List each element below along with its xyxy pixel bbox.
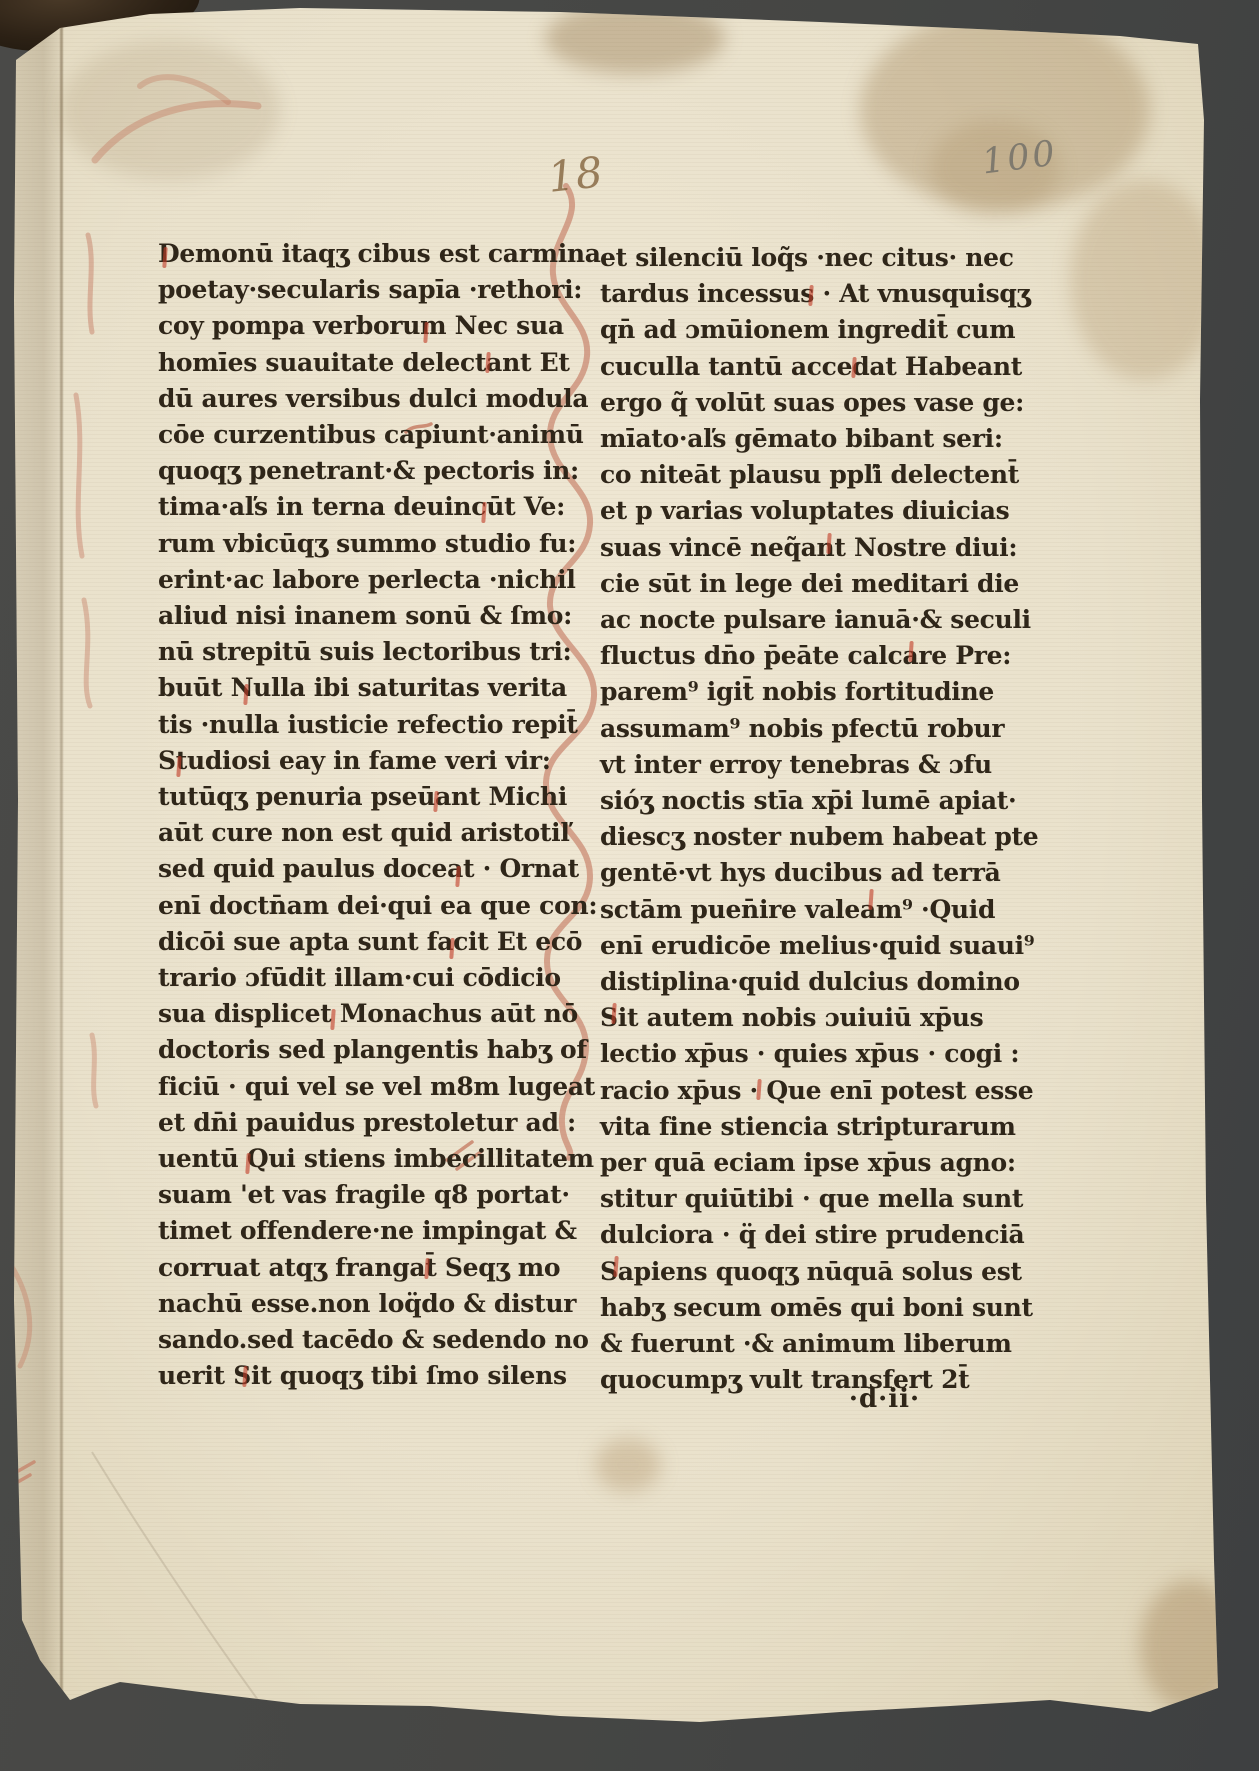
text-line: assumam⁹ nobis pfectū robur xyxy=(600,711,960,747)
text-line: mīato·aľs gēmato bibant seri: xyxy=(600,421,960,457)
facing-page-text-fragment xyxy=(0,628,8,690)
text-line: sua displicet Monachus aūt nō xyxy=(158,996,518,1032)
text-line: coy pompa verborum Nec sua xyxy=(158,308,518,344)
text-line: dicōi sue apta sunt facit Et ecō xyxy=(158,924,518,960)
text-line: per quā eciam ipse xp̄us agno: xyxy=(600,1145,960,1181)
chalk-swoosh xyxy=(140,77,228,102)
text-line: racio xp̄us · Que enī potest esse xyxy=(600,1073,960,1109)
text-line: cie sūt in lege dei meditari die xyxy=(600,566,960,602)
text-line: et dn̄i pauidus prestoletur ad : xyxy=(158,1105,518,1141)
text-line: sed quid paulus doceat · Ornat xyxy=(158,851,518,887)
text-line: uerit Sit quoqʒ tibi ſmo silens xyxy=(158,1358,518,1394)
text-line: tardus incessus · At vnusquisqʒ xyxy=(600,276,960,312)
text-line: suam 'et vas fragile q8 portat· xyxy=(158,1177,518,1213)
text-line: nachū esse.non loq̈do & distur xyxy=(158,1286,518,1322)
text-line: ac nocte pulsare ianuā·& seculi xyxy=(600,602,960,638)
text-line: sióʒ noctis stīa xp̄i lumē apiat· xyxy=(600,783,960,819)
text-line: lectio xp̄us · quies xp̄us · cogi : xyxy=(600,1036,960,1072)
text-line: dulciora · q̈ dei stire prudenciā xyxy=(600,1217,960,1253)
text-line: nū strepitū suis lectoribus tri: xyxy=(158,634,518,670)
text-line: tima·aľs in terna deuincūt Ve: xyxy=(158,489,518,525)
text-line: Sapiens quoqʒ nūquā solus est xyxy=(600,1254,960,1290)
text-line: enī erudicōe melius·quid suaui⁹ xyxy=(600,928,960,964)
text-line: ergo q̃ volūt suas opes vase ge: xyxy=(600,385,960,421)
text-line: distiplina·quid dulcius domino xyxy=(600,964,960,1000)
text-line: erint·ac labore perlecta ·nichil xyxy=(158,562,518,598)
text-line: suas vincē neq̃ant Nostre diui: xyxy=(600,530,960,566)
text-line: vita fine stiencia stripturarum xyxy=(600,1109,960,1145)
text-line: cōe curzentibus capiunt·animū xyxy=(158,417,518,453)
margin-chalk-stroke xyxy=(76,395,82,556)
text-line: tutūqʒ penuria pseūant Michi xyxy=(158,779,518,815)
text-line: et p varias voluptates diuicias xyxy=(600,493,960,529)
text-line: Studiosi eay in fame veri vir: xyxy=(158,743,518,779)
text-line: aūt cure non est quid aristotiľ xyxy=(158,815,518,851)
text-column-left: Demonū itaqʒ cibus est carmina poetay·se… xyxy=(158,236,518,1395)
text-line: co niteāt plausu ppľi delectent̄ xyxy=(600,457,960,493)
paper-crease xyxy=(92,1452,258,1700)
margin-chalk-stroke xyxy=(84,600,90,706)
text-line: homīes suauitate delectant Et xyxy=(158,345,518,381)
folio-number-ink: 18 xyxy=(546,147,606,202)
text-line: timet offendere·ne impingat & xyxy=(158,1213,518,1249)
text-line: buūt Nulla ibi saturitas verita xyxy=(158,670,518,706)
text-line: cuculla tantū accedat Habeant xyxy=(600,349,960,385)
text-line: ficiū · qui vel se vel m8m lugeat xyxy=(158,1069,518,1105)
text-line: uentū Qui stiens imbecillitatem xyxy=(158,1141,518,1177)
text-line: poetay·secularis sapīa ·rethori: xyxy=(158,272,518,308)
quire-signature: ·d·ii· xyxy=(770,1384,920,1414)
text-line: sando.sed tacēdo & sedendo no xyxy=(158,1322,518,1358)
ink-blot xyxy=(98,1698,124,1716)
text-line: enī doctn̄am dei·qui ea que con: xyxy=(158,888,518,924)
text-line: tis ·nulla iusticie refectio repit̄ xyxy=(158,707,518,743)
margin-chalk-arc xyxy=(4,1255,30,1366)
text-line: dū aures versibus dulci modula xyxy=(158,381,518,417)
text-line: trario ɔfūdit illam·cui cōdicio xyxy=(158,960,518,996)
text-line: gentē·vt hys ducibus ad terrā xyxy=(600,855,960,891)
text-line: fluctus dn̄o p̄eāte calcare Pre: xyxy=(600,638,960,674)
scan-background: 18 100 Demonū itaqʒ cibus est carmina po… xyxy=(0,0,1259,1771)
text-line: et silenciū loq̃s ·nec citus· nec xyxy=(600,240,960,276)
facing-page-text-fragment xyxy=(0,742,7,792)
text-column-right: et silenciū loq̃s ·nec citus· nec tardus… xyxy=(600,240,960,1399)
text-line: sctām puen̄ire valeam⁹ ·Quid xyxy=(600,892,960,928)
text-line: Sit autem nobis ɔuiuiū xp̄us xyxy=(600,1000,960,1036)
text-line: doctoris sed plangentis habʒ of xyxy=(158,1032,518,1068)
chalk-slash xyxy=(2,1475,30,1491)
text-line: quoqʒ penetrant·& pectoris in: xyxy=(158,453,518,489)
margin-chalk-stroke xyxy=(92,1035,96,1106)
text-line: corruat atqʒ frangat̄ Seqʒ mo xyxy=(158,1250,518,1286)
text-line: parem⁹ igit̄ nobis fortitudine xyxy=(600,674,960,710)
text-line: qn̄ ad ɔmūionem ingredit̄ cum xyxy=(600,312,960,348)
text-line: Demonū itaqʒ cibus est carmina xyxy=(158,236,518,272)
chalk-swoosh xyxy=(95,104,258,160)
text-line: & fuerunt ·& animum liberum xyxy=(600,1326,960,1362)
text-line: vt inter erroy tenebras & ɔfu xyxy=(600,747,960,783)
text-line: diescʒ noster nubem habeat pte xyxy=(600,819,960,855)
text-line: rum vbicūqʒ summo studio fu: xyxy=(158,526,518,562)
margin-chalk-stroke xyxy=(88,235,92,332)
text-line: aliud nisi inanem sonū & ſmo: xyxy=(158,598,518,634)
text-line: stitur quiūtibi · que mella sunt xyxy=(600,1181,960,1217)
text-line: habʒ secum omēs qui boni sunt xyxy=(600,1290,960,1326)
manuscript-page: 18 100 Demonū itaqʒ cibus est carmina po… xyxy=(0,0,1259,1771)
